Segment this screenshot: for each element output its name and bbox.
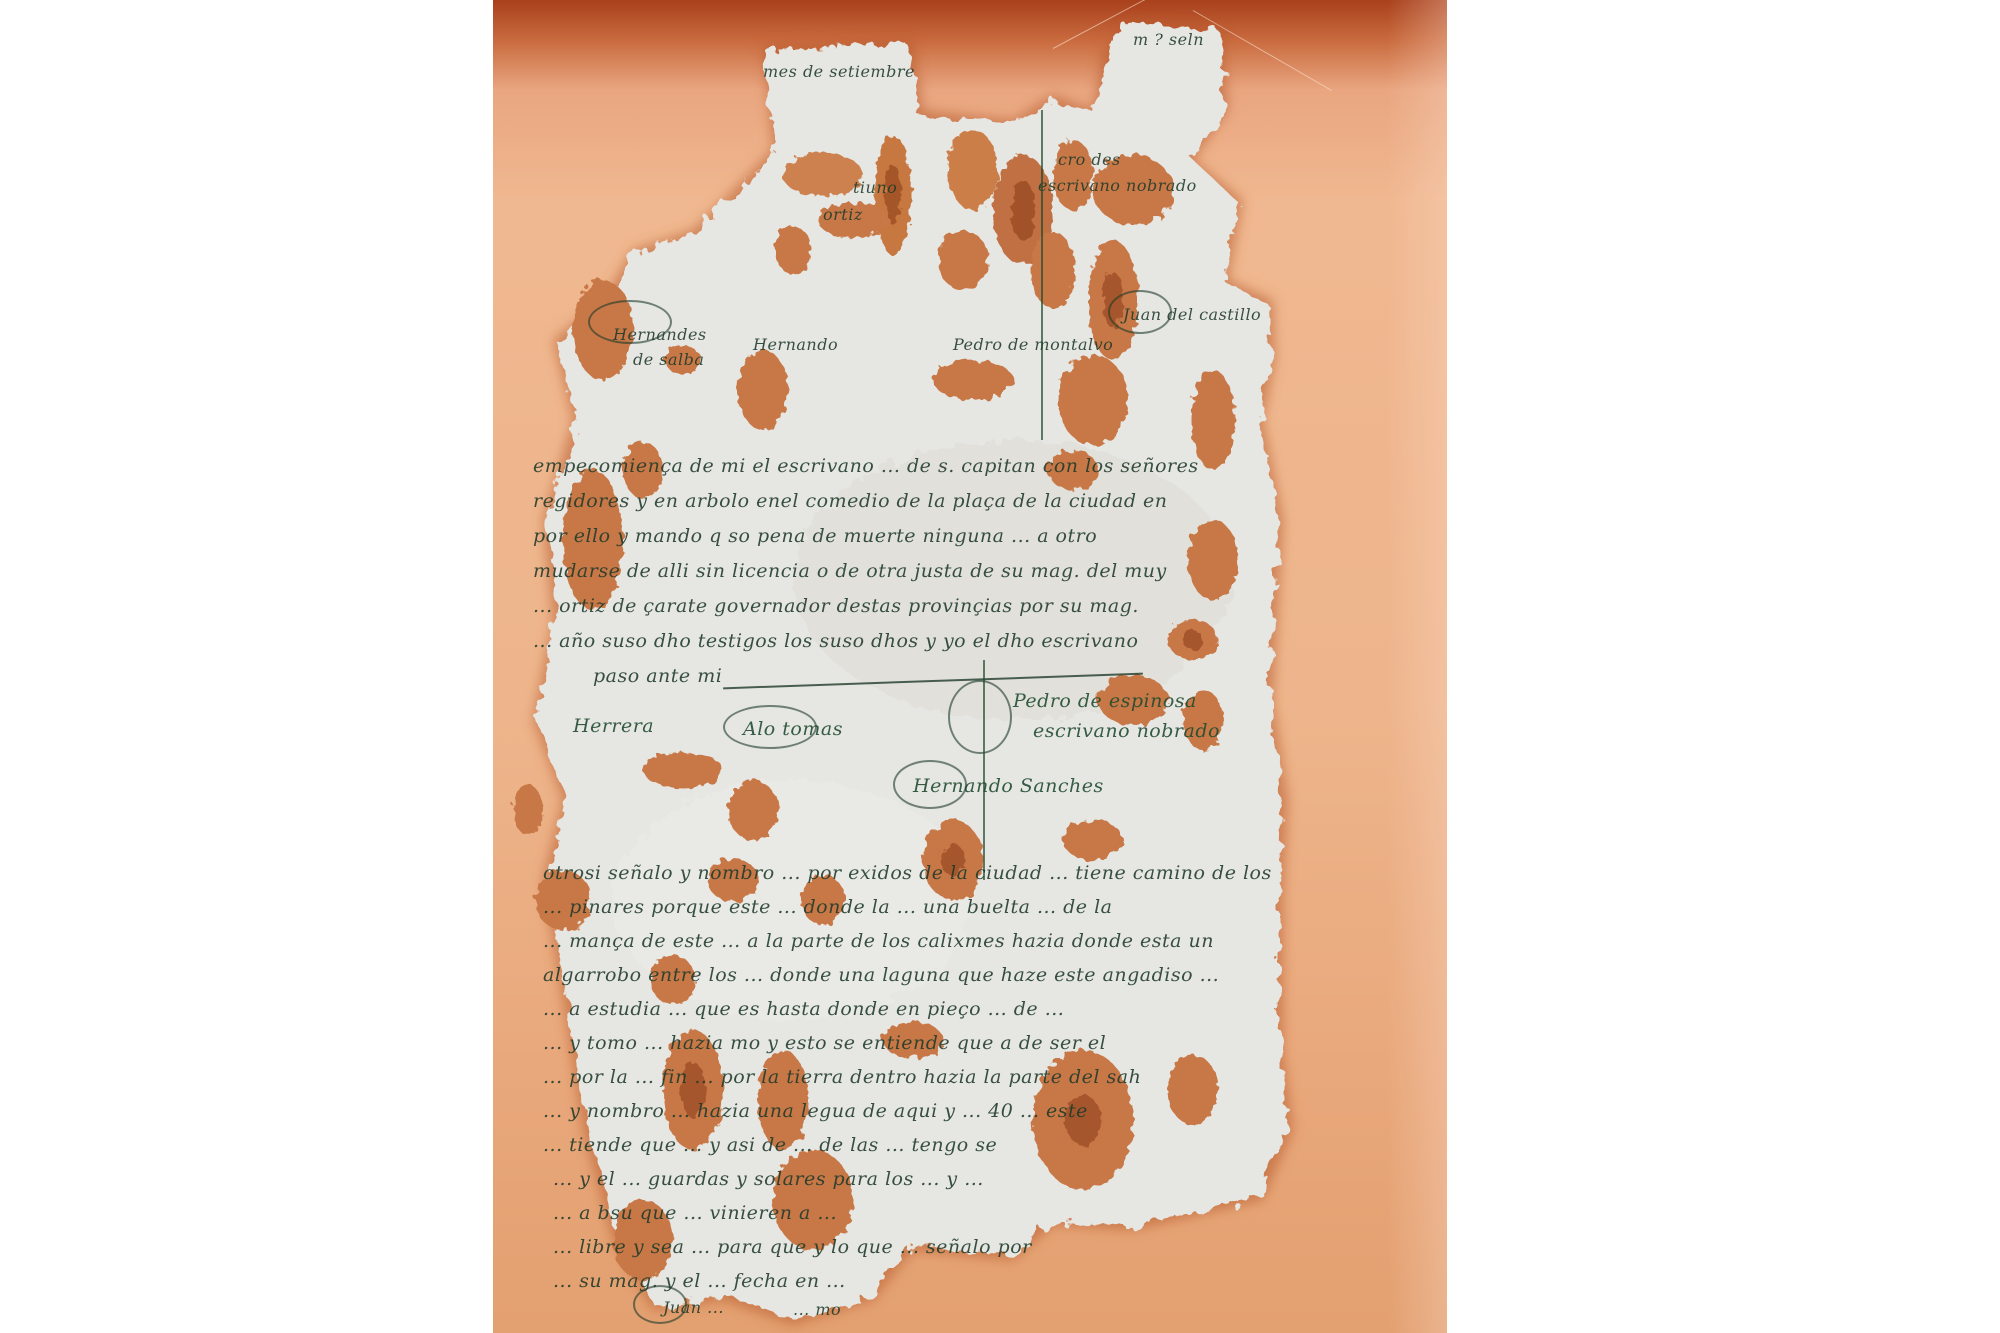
manuscript-paper xyxy=(493,0,1447,1333)
orange-backing-board: mes de setiembre m ? seln cro des escriv… xyxy=(493,0,1447,1333)
